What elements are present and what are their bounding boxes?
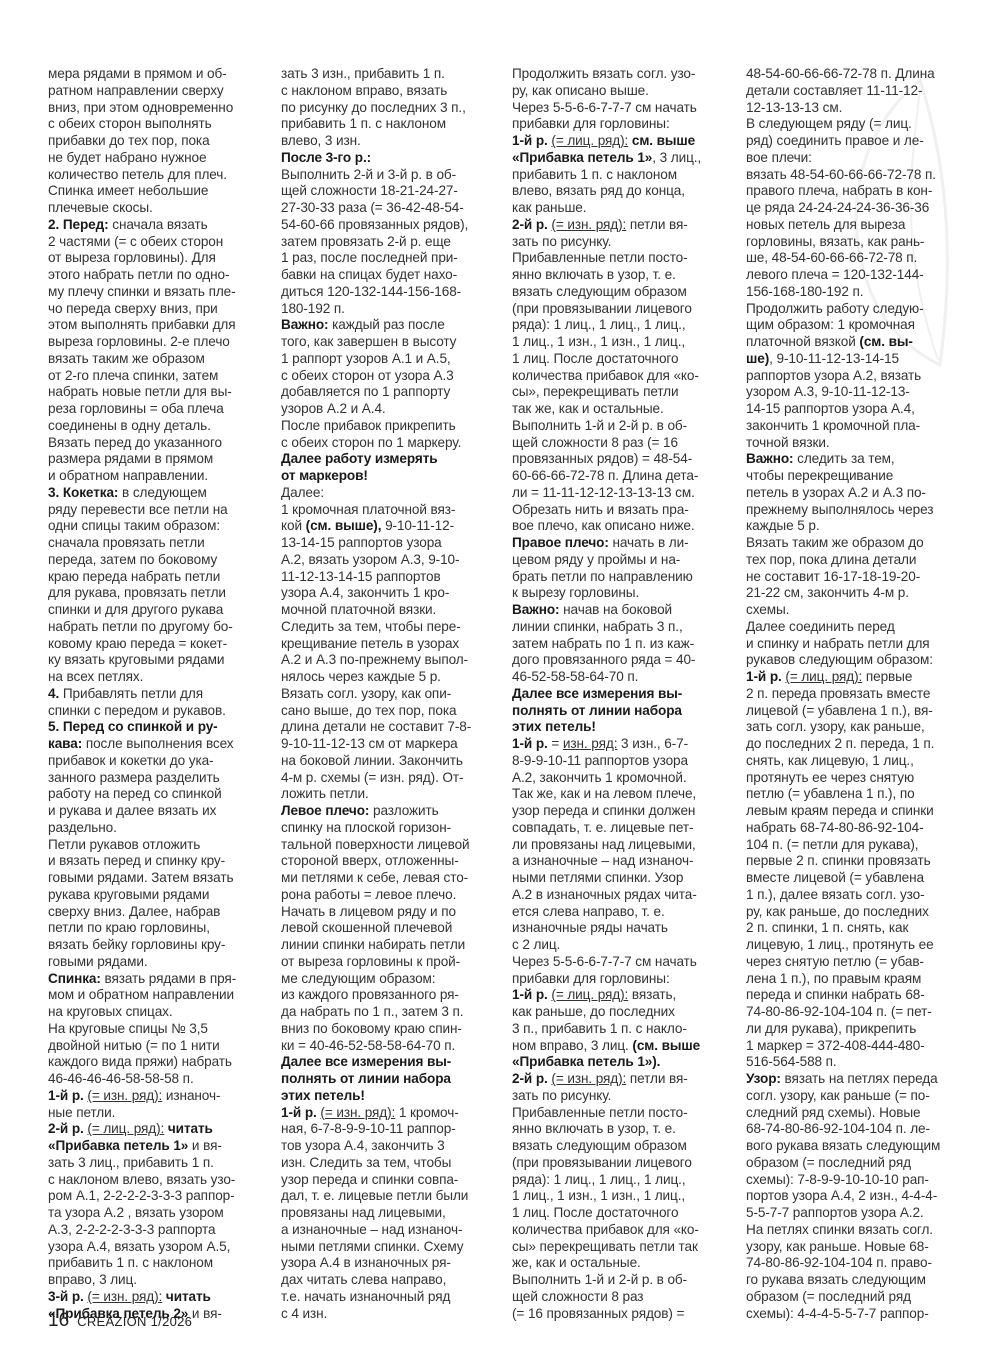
text-run: вязать на петлях переда — [781, 1071, 938, 1086]
text-run: новых петель для выреза — [746, 217, 905, 232]
text-line: Через 5-5-6-6-7-7-7 см начать — [512, 100, 734, 117]
text-line: изн. Следить за тем, чтобы — [281, 1155, 503, 1172]
text-line: как раньше. — [512, 200, 734, 217]
text-run: Продолжить вязать согл. узо- — [512, 66, 695, 81]
text-line: 2-й р. (= изн. ряд): петли вя- — [512, 217, 734, 234]
text-line: и рукава и далее вязать их — [48, 803, 270, 820]
text-run: 156-168-180-192 п. — [746, 284, 863, 299]
magazine-issue: CREAZION 1/2026 — [77, 1314, 192, 1329]
text-line: спинки с передом и рукавов. — [48, 703, 270, 720]
text-line: чтобы перекрещивание — [746, 468, 968, 485]
text-line: 1 кромочная платочной вяз- — [281, 502, 503, 519]
text-run: узору, как раньше. Новые 68- — [746, 1239, 929, 1254]
text-line: затем набрать по 1 п. из каж- — [512, 636, 734, 653]
text-run: правого плеча, набрать в кон- — [746, 183, 932, 198]
text-run: рона работы = левое плечо. — [281, 887, 456, 902]
text-run: горловины, вязать, как рань- — [746, 234, 924, 249]
text-line: прибавки для горловины: — [512, 971, 734, 988]
text-run: ли провязаны над лицевыми, — [512, 837, 696, 852]
text-run: Петли рукавов отложить — [48, 837, 200, 852]
text-run: первые 2 п. спинки провязать — [746, 853, 931, 868]
bold-text: см. выше — [632, 133, 695, 148]
bold-text: 1-й р. — [512, 133, 548, 148]
text-run: узором А.3, 9-10-11-12-13- — [746, 384, 910, 399]
text-column-1: мера рядами в прямом и об-ратном направл… — [48, 66, 270, 1322]
text-run: це ряда 24-24-24-24-36-36-36 — [746, 200, 929, 215]
text-line: набрать новые петли для вы- — [48, 384, 270, 401]
text-run: вязать, — [628, 987, 676, 1002]
text-line: лицевую, 1 лиц., протянуть ее — [746, 937, 968, 954]
text-run: образом (= последний ряд — [746, 1155, 911, 1170]
text-run: и вязать перед и спинку кру- — [48, 853, 225, 868]
text-run: прибавки для горловины: — [512, 971, 670, 986]
text-run: вниз, при этом одновременно — [48, 100, 233, 115]
text-run: ли = 11-11-12-12-13-13-13 см. — [512, 485, 695, 500]
text-line: этом выполнять прибавки для — [48, 317, 270, 334]
text-run: дах читать слева направо, — [281, 1272, 446, 1287]
text-run: по рисунку до последних 3 п., — [281, 100, 466, 115]
text-line: Выполнить 2-й и 3-й р. в об- — [281, 167, 503, 184]
bold-text: 4. — [48, 686, 59, 701]
text-line: полнять от линии набора — [281, 1071, 503, 1088]
text-line: (= 16 провязанных рядов) = — [512, 1306, 734, 1323]
page-footer: 16 CREAZION 1/2026 — [48, 1310, 192, 1332]
text-line: ру, как раньше, до последних — [746, 904, 968, 921]
text-run: одни спицы таким образом: — [48, 518, 220, 533]
text-line: полнять от линии набора — [512, 703, 734, 720]
text-line: щей сложности 8 раз — [512, 1289, 734, 1306]
text-run: прибавить 1 п. с наклоном — [281, 116, 446, 131]
text-line: прибавки до тех пор, пока — [48, 133, 270, 150]
bold-text: 5. Перед со спинкой и ру- — [48, 719, 218, 734]
text-run: лицевой (= убавлена 1 п.), вя- — [746, 703, 933, 718]
text-line: мера рядами в прямом и об- — [48, 66, 270, 83]
text-run: нялось через каждые 5 р. — [281, 669, 441, 684]
text-run: 180-192 п. — [281, 301, 345, 316]
text-line: схемы. — [746, 602, 968, 619]
text-line: двойной нитью (= по 1 нити — [48, 1038, 270, 1055]
text-run: вязать бейку горловины кру- — [48, 937, 225, 952]
text-run: с обеих сторон от узора А.3 — [281, 368, 454, 383]
text-line: от выреза горловины). Для — [48, 250, 270, 267]
text-line: рона работы = левое плечо. — [281, 887, 503, 904]
text-line: с наклоном вправо, вязать — [281, 83, 503, 100]
text-line: зать 3 лиц., прибавить 1 п. — [48, 1155, 270, 1172]
text-line: левым краям переда и спинки — [746, 803, 968, 820]
text-run: дого провязанного ряда = 40- — [512, 652, 695, 667]
text-run: мом и обратном направлении — [48, 987, 234, 1002]
text-run: вое плечи: — [746, 150, 812, 165]
text-run: 1 раппорт узоров А.1 и А.5, — [281, 351, 451, 366]
text-line: Петли рукавов отложить — [48, 837, 270, 854]
text-line: следний ряд схемы). Новые — [746, 1105, 968, 1122]
text-run: левым краям переда и спинки — [746, 803, 934, 818]
text-line: 60-66-66-72-78 п. Длина дета- — [512, 468, 734, 485]
text-line: Левое плечо: разложить — [281, 803, 503, 820]
text-run: детали составляет 11-11-12- — [746, 83, 922, 98]
text-run: набрать 68-74-80-86-92-104- — [746, 820, 924, 835]
text-line: реза горловины = оба плеча — [48, 401, 270, 418]
text-line: нялось через каждые 5 р. — [281, 669, 503, 686]
text-run: вязать рядами в пря- — [101, 971, 236, 986]
text-line: А.2, закончить 1 кромочной. — [512, 770, 734, 787]
text-run: цевом ряду у проймы и на- — [512, 552, 680, 567]
text-line: 3 п., прибавить 1 п. с накло- — [512, 1021, 734, 1038]
text-line: 4. Прибавлять петли для — [48, 686, 270, 703]
text-line: одни спицы таким образом: — [48, 518, 270, 535]
text-line: 2 п. переда провязать вместе — [746, 686, 968, 703]
text-run: вого рукава вязать следующим — [746, 1138, 940, 1153]
text-line: провязаны над лицевыми, — [281, 1205, 503, 1222]
text-line: Выполнить 1-й и 2-й р. в об- — [512, 1272, 734, 1289]
text-line: протянуть ее через снятую — [746, 770, 968, 787]
text-line: 27-30-33 раза (= 36-42-48-54- — [281, 200, 503, 217]
text-line: спинки и для другого рукава — [48, 602, 270, 619]
text-line: 3-й р. (= изн. ряд): читать — [48, 1289, 270, 1306]
text-run: соединены в одну деталь. — [48, 418, 211, 433]
text-line: на всех петлях. — [48, 669, 270, 686]
text-run: 2 частями (= с обеих сторон — [48, 234, 223, 249]
text-line: по рисунку до последних 3 п., — [281, 100, 503, 117]
text-line: 11-12-13-14-15 раппортов — [281, 569, 503, 586]
text-run: вместе лицевой (= убавлена — [746, 870, 924, 885]
text-line: 1 раз, после последней при- — [281, 250, 503, 267]
underlined-text: (= изн. ряд): — [551, 1071, 626, 1086]
text-run: раппортов узора А.2, вязать — [746, 368, 921, 383]
text-line: с наклоном влево, вязать узо- — [48, 1172, 270, 1189]
text-run: 11-12-13-14-15 раппортов — [281, 569, 441, 584]
text-run: мочной платочной вязки. — [281, 602, 436, 617]
text-line: узором А.3, 9-10-11-12-13- — [746, 384, 968, 401]
text-run: прибавить 1 п. с наклоном — [512, 167, 677, 182]
text-line: количество петель для плеч. — [48, 167, 270, 184]
text-line: с обеих сторон от узора А.3 — [281, 368, 503, 385]
text-run: зать по рисунку. — [512, 1088, 611, 1103]
text-run: ру, как описано выше. — [512, 83, 649, 98]
text-run: первые — [862, 669, 912, 684]
text-line: так же, как и остальные. — [512, 401, 734, 418]
text-line: размера рядами в прямом — [48, 451, 270, 468]
text-line: того, как завершен в высоту — [281, 334, 503, 351]
text-line: ряда): 1 лиц., 1 лиц., 1 лиц., — [512, 1172, 734, 1189]
text-run: закончить 1 кромочной пла- — [746, 418, 920, 433]
text-run: А.2 в изнаночных рядах чита- — [512, 887, 697, 902]
text-line: ном вправо, 3 лиц. (см. выше — [512, 1038, 734, 1055]
text-run: для рукава, провязать петли — [48, 585, 226, 600]
text-line: В следующем ряду (= лиц. — [746, 116, 968, 133]
text-run: 12-13-13-13 см. — [746, 100, 842, 115]
bold-text: 2-й р. — [48, 1121, 84, 1136]
text-line: зать по рисунку. — [512, 234, 734, 251]
text-run: вязать 48-54-60-66-66-72-78 п. — [746, 167, 936, 182]
text-line: закончить 1 кромочной пла- — [746, 418, 968, 435]
text-line: А.3, 2-2-2-2-3-3-3 раппорта — [48, 1222, 270, 1239]
text-line: к вырезу горловины. — [512, 585, 734, 602]
text-run: говыми рядами. Затем вязать — [48, 870, 233, 885]
text-line: лицевой (= убавлена 1 п.), вя- — [746, 703, 968, 720]
text-run: платочной вязкой — [746, 334, 859, 349]
text-line: А.2, вязать узором А.3, 9-10- — [281, 552, 503, 569]
text-line: с обеих сторон выполнять — [48, 116, 270, 133]
text-line: вязать бейку горловины кру- — [48, 937, 270, 954]
text-line: 68-74-80-86-92-104-104 п. ле- — [746, 1121, 968, 1138]
text-line: брать петли по направлению — [512, 569, 734, 586]
text-run: да набрать по 1 п., затем 3 п. — [281, 1004, 463, 1019]
text-run: 21-22 см, закончить 4-м р. — [746, 585, 909, 600]
text-line: крещивание петель в узорах — [281, 636, 503, 653]
underlined-text: (= лиц. ряд): — [87, 1121, 164, 1136]
text-run: ме следующим образом: — [281, 971, 435, 986]
text-run: Далее: — [281, 485, 324, 500]
text-run: ряду перевести все петли на — [48, 502, 228, 517]
text-line: Важно: каждый раз после — [281, 317, 503, 334]
text-run: узоров А.2 и А.4. — [281, 401, 386, 416]
text-line: бавки на спицах будет нахо- — [281, 267, 503, 284]
text-line: Далее все измерения вы- — [512, 686, 734, 703]
text-run: Продолжить работу следую- — [746, 301, 924, 316]
text-run: а изнаночные – над изнаноч- — [281, 1222, 462, 1237]
text-run: сначала провязать петли — [48, 535, 205, 550]
text-line: детали составляет 11-11-12- — [746, 83, 968, 100]
text-line: Далее работу измерять — [281, 451, 503, 468]
text-line: ме следующим образом: — [281, 971, 503, 988]
bold-text: Узор: — [746, 1071, 781, 1086]
text-line: линии спинки, набрать 3 п., — [512, 619, 734, 636]
text-run: 2 п. спинки, 1 п. снять, как — [746, 920, 908, 935]
text-run: 54-60-66 провязанных рядов), — [281, 217, 468, 232]
text-line: же, как и остальные. — [512, 1255, 734, 1272]
text-line: набрать петли по другому бо- — [48, 619, 270, 636]
bold-text: 2. Перед: — [48, 217, 109, 232]
text-run: бавки на спицах будет нахо- — [281, 267, 457, 282]
text-run: схемы. — [746, 602, 789, 617]
text-line: не составит 16-17-18-19-20- — [746, 569, 968, 586]
text-line: 9-10-11-12-13 см от маркера — [281, 736, 503, 753]
text-run: 46-52-58-58-64-70 п. — [512, 669, 638, 684]
text-run: спинку на плоской горизон- — [281, 820, 451, 835]
text-line: На петлях спинки вязать согл. — [746, 1222, 968, 1239]
bold-text: (см. выше), — [306, 518, 382, 533]
text-run: с наклоном влево, вязать узо- — [48, 1172, 235, 1187]
bold-text: Спинка: — [48, 971, 101, 986]
text-line: занного размера разделить — [48, 770, 270, 787]
text-line: Вязать перед до указанного — [48, 435, 270, 452]
bold-text: Далее работу измерять — [281, 451, 438, 466]
text-run: Прибавлять петли для — [59, 686, 203, 701]
text-line: рукавов следующим образом: — [746, 652, 968, 669]
bold-text: Важно: — [746, 451, 793, 466]
text-run: ная, 6-7-8-9-9-10-11 раппор- — [281, 1121, 456, 1136]
text-line: 1-й р. (= изн. ряд): изнаноч- — [48, 1088, 270, 1105]
text-line: точной вязки. — [746, 435, 968, 452]
text-line: му плечу спинки и вязать пле- — [48, 284, 270, 301]
text-line: с 4 изн. — [281, 1306, 503, 1323]
text-line: узоров А.2 и А.4. — [281, 401, 503, 418]
text-line: Далее соединить перед — [746, 619, 968, 636]
text-run: 3 п., прибавить 1 п. с накло- — [512, 1021, 687, 1036]
text-run: зать 3 лиц., прибавить 1 п. — [48, 1155, 214, 1170]
text-line: количества прибавок для «ко- — [512, 368, 734, 385]
text-run: После прибавок прикрепить — [281, 418, 456, 433]
text-line: ные петли. — [48, 1105, 270, 1122]
text-line: изнаночные ряды начать — [512, 920, 734, 937]
text-line: ли провязаны над лицевыми, — [512, 837, 734, 854]
text-run: щим образом: 1 кромочная — [746, 317, 915, 332]
text-line: Так же, как и на левом плече, — [512, 786, 734, 803]
text-line: 1 лиц. После достаточного — [512, 1205, 734, 1222]
text-run: 74-80-86-92-104-104 п. право- — [746, 1255, 932, 1270]
text-run: 1 п.), далее вязать согл. узо- — [746, 887, 925, 902]
text-run: переда, затем по боковому — [48, 552, 217, 567]
text-line: образом (= последний ряд — [746, 1155, 968, 1172]
text-line: дал, т. е. лицевые петли были — [281, 1188, 503, 1205]
text-run: ру, как раньше, до последних — [746, 904, 929, 919]
text-line: ли для рукава), прикрепить — [746, 1021, 968, 1038]
text-run: Вязать согл. узору, как опи- — [281, 686, 451, 701]
text-run: , 9-10-11-12-13-14-15 — [769, 351, 899, 366]
text-run: ку вязать круговыми рядами — [48, 652, 224, 667]
text-run: 1 маркер = 372-408-444-480- — [746, 1038, 925, 1053]
text-line: щим образом: 1 кромочная — [746, 317, 968, 334]
underlined-text: (= лиц. ряд): — [785, 669, 862, 684]
text-run: прибавить 1 п. с наклоном — [48, 1255, 213, 1270]
text-line: Вязать согл. узору, как опи- — [281, 686, 503, 703]
text-run: переда и спинки набрать 68- — [746, 987, 925, 1002]
text-run: этого набрать петли по одно- — [48, 267, 229, 282]
text-line: зать согл. узору, как раньше, — [746, 719, 968, 736]
text-line: Через 5-5-6-6-7-7-7 см начать — [512, 954, 734, 971]
text-line: этих петель! — [281, 1088, 503, 1105]
text-run: петлю (= убавлена 1 п.), по — [746, 786, 915, 801]
text-run: Далее соединить перед — [746, 619, 895, 634]
text-run: с 2 лиц. — [512, 937, 560, 952]
bold-text: 2-й р. — [512, 1071, 548, 1086]
text-line: рукава круговыми рядами — [48, 887, 270, 904]
text-line: Важно: начав на боковой — [512, 602, 734, 619]
text-run: двойной нитью (= по 1 нити — [48, 1038, 220, 1053]
text-line: ли = 11-11-12-12-13-13-13 см. — [512, 485, 734, 502]
text-run: протянуть ее через снятую — [746, 770, 914, 785]
text-run: длина детали не составит 7-8- — [281, 719, 471, 734]
text-line: ру, как описано выше. — [512, 83, 734, 100]
text-run: ряд) соединить правое и ле- — [746, 133, 924, 148]
text-run: Вязать перед до указанного — [48, 435, 222, 450]
text-run: Выполнить 1-й и 2-й р. в об- — [512, 418, 687, 433]
text-run: ется слева направо, т. е. — [512, 904, 665, 919]
text-run: провязанных рядов) = 48-54- — [512, 451, 692, 466]
text-line: говыми рядами. — [48, 954, 270, 971]
text-run: ше, 48-54-60-66-66-72-78 п. — [746, 250, 917, 265]
text-line: (при провязывании лицевого — [512, 301, 734, 318]
text-line: «Прибавка петель 1» и вя- — [48, 1138, 270, 1155]
text-line: каждого вида пряжи) набрать — [48, 1054, 270, 1071]
text-line: да набрать по 1 п., затем 3 п. — [281, 1004, 503, 1021]
text-run: кой — [281, 518, 306, 533]
text-run: му плечу спинки и вязать пле- — [48, 284, 236, 299]
text-line: 516-564-588 п. — [746, 1054, 968, 1071]
text-line: т.е. начать изнаночный ряд — [281, 1289, 503, 1306]
text-line: сы» перекрещивать петли так — [512, 1239, 734, 1256]
text-line: согл. узору, как раньше (= по- — [746, 1088, 968, 1105]
text-line: 104 п. (= петли для рукава), — [746, 837, 968, 854]
text-run: Следить за тем, чтобы пере- — [281, 619, 461, 634]
text-run: 14-15 раппортов узора А.4, — [746, 401, 915, 416]
text-line: После прибавок прикрепить — [281, 418, 503, 435]
text-run: , 3 лиц., — [652, 150, 701, 165]
bold-text: Важно: — [512, 602, 559, 617]
text-run: вязать следующим образом — [512, 1138, 687, 1153]
text-run: прибавки для горловины: — [512, 116, 670, 131]
text-run: прежнему выполнялось через — [746, 502, 933, 517]
text-run: щей сложности 8 раз (= 16 — [512, 435, 678, 450]
underlined-text: (= изн. ряд): — [551, 217, 626, 232]
text-run: ли для рукава), прикрепить — [746, 1021, 916, 1036]
bold-text: Далее все измерения вы- — [512, 686, 682, 701]
text-line: первые 2 п. спинки провязать — [746, 853, 968, 870]
text-run: сано выше, до тех пор, пока — [281, 703, 456, 718]
text-run: количество петель для плеч. — [48, 167, 227, 182]
text-line: 2-й р. (= лиц. ряд): читать — [48, 1121, 270, 1138]
text-line: петель в узорах А.2 и А.3 по- — [746, 485, 968, 502]
text-line: кава: после выполнения всех — [48, 736, 270, 753]
page-number: 16 — [48, 1310, 69, 1332]
text-line: прибавить 1 п. с наклоном — [281, 116, 503, 133]
text-run: узора А.4, закончить 1 кро- — [281, 585, 449, 600]
bold-text: «Прибавка петель 1»). — [512, 1054, 660, 1069]
text-run: ными петлями спинки. Узор — [512, 870, 683, 885]
text-line: 14-15 раппортов узора А.4, — [746, 401, 968, 418]
text-run: На петлях спинки вязать согл. — [746, 1222, 933, 1237]
text-run: 9-10-11-12-13 см от маркера — [281, 736, 458, 751]
bold-text: читать — [166, 1289, 211, 1304]
text-run: к вырезу горловины. — [512, 585, 639, 600]
text-line: 1-й р. (= лиц. ряд): первые — [746, 669, 968, 686]
text-line: узор переда и спинки должен — [512, 803, 734, 820]
text-run: прибавки до тех пор, пока — [48, 133, 210, 148]
text-run: от выреза горловины). Для — [48, 250, 216, 265]
text-line: Вязать таким же образом до — [746, 535, 968, 552]
text-line: а изнаночные – над изнаноч- — [281, 1222, 503, 1239]
text-line: 48-54-60-66-66-72-78 п. Длина — [746, 66, 968, 83]
text-line: зать по рисунку. — [512, 1088, 734, 1105]
bold-text: 1-й р. — [512, 736, 548, 751]
underlined-text: (= изн. ряд): — [87, 1088, 162, 1103]
text-run: 5-5-7-7 раппортов узора А.2. — [746, 1205, 924, 1220]
text-line: 1 п.), далее вязать согл. узо- — [746, 887, 968, 904]
text-run: набрать петли по другому бо- — [48, 619, 233, 634]
text-line: 8-9-9-10-11 раппортов узора — [512, 753, 734, 770]
text-run: занного размера разделить — [48, 770, 220, 785]
text-run: Выполнить 1-й и 2-й р. в об- — [512, 1272, 687, 1287]
text-line: вое плечо, как описано ниже. — [512, 518, 734, 535]
text-line: 180-192 п. — [281, 301, 503, 318]
text-run: тов узора А.4, закончить 3 — [281, 1138, 445, 1153]
text-line: влево, вязать ряд до конца, — [512, 183, 734, 200]
text-line: ется слева направо, т. е. — [512, 904, 734, 921]
text-run: начав на боковой — [559, 602, 672, 617]
bold-text: кава: — [48, 736, 82, 751]
text-run: 1 лиц. После достаточного — [512, 1205, 678, 1220]
bold-text: этих петель! — [512, 719, 596, 734]
text-line: прибавок и кокетки до ука- — [48, 753, 270, 770]
bold-text: 1-й р. — [746, 669, 782, 684]
text-line: через снятую петлю (= убав- — [746, 954, 968, 971]
text-line: до последних 2 п. переда, 1 п. — [746, 736, 968, 753]
text-run: Прибавленные петли посто- — [512, 250, 688, 265]
text-line: узора А.4, закончить 1 кро- — [281, 585, 503, 602]
text-run: в следующем — [118, 485, 206, 500]
text-line: 1 лиц. После достаточного — [512, 351, 734, 368]
